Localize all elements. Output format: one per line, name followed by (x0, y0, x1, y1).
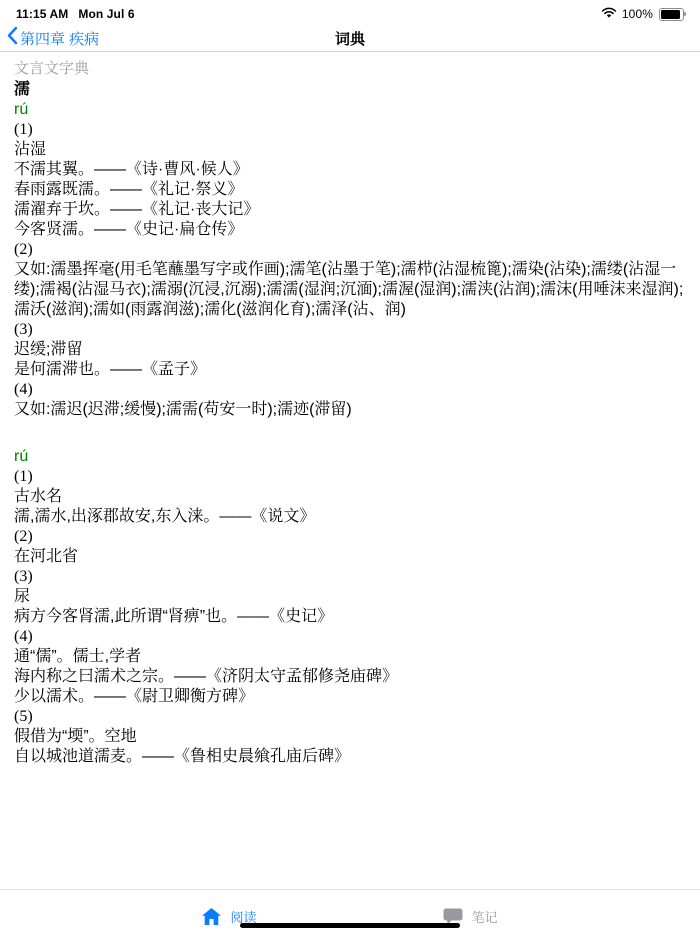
pinyin-label: rú (14, 447, 686, 467)
dict-section: rú(1)沾湿不濡其翼。——《诗·曹风·候人》春雨露既濡。——《礼记·祭义》濡濯… (14, 100, 686, 420)
dict-line: 又如:濡迟(迟滞;缓慢);濡需(苟安一时);濡迹(滞留) (14, 400, 686, 420)
dictionary-sections: rú(1)沾湿不濡其翼。——《诗·曹风·候人》春雨露既濡。——《礼记·祭义》濡濯… (14, 100, 686, 767)
sense-number: (2) (14, 240, 686, 260)
status-left: 11:15 AM Mon Jul 6 (16, 7, 135, 21)
back-label: 第四章 疾病 (20, 27, 99, 52)
dict-line: 尿 (14, 587, 686, 607)
battery-percent: 100% (622, 7, 653, 21)
wifi-icon (601, 7, 617, 22)
dict-line: 海内称之曰濡术之宗。——《济阴太守孟郁修尧庙碑》 (14, 667, 686, 687)
headword: 濡 (14, 80, 686, 100)
dict-line: 古水名 (14, 487, 686, 507)
chevron-left-icon (6, 26, 18, 53)
tab-notes[interactable]: 笔记 (443, 899, 498, 934)
tab-bar: 阅读 笔记 (0, 889, 700, 934)
dict-line: 在河北省 (14, 547, 686, 567)
dict-line: 少以濡术。——《尉卫卿衡方碑》 (14, 687, 686, 707)
dict-line: 假借为“堧”。空地 (14, 727, 686, 747)
nav-bar: 第四章 疾病 词典 (0, 26, 700, 52)
home-icon (202, 908, 221, 925)
pinyin-label: rú (14, 100, 686, 120)
dict-line: 沾湿 (14, 140, 686, 160)
home-indicator[interactable] (240, 923, 460, 928)
tab-notes-label: 笔记 (472, 907, 498, 926)
sense-number: (4) (14, 627, 686, 647)
status-right: 100% (601, 7, 684, 22)
status-time: 11:15 AM (16, 7, 68, 21)
dict-line: 濡濯弃于坎。——《礼记·丧大记》 (14, 200, 686, 220)
dict-line: 不濡其翼。——《诗·曹风·候人》 (14, 160, 686, 180)
dict-line: 通“儒”。儒士,学者 (14, 647, 686, 667)
dict-line: 又如:濡墨挥毫(用毛笔蘸墨写字或作画);濡笔(沾墨于笔);濡栉(沾湿梳篦);濡染… (14, 260, 686, 320)
sense-number: (1) (14, 120, 686, 140)
dictionary-source-label: 文言文字典 (14, 59, 686, 78)
sense-number: (3) (14, 567, 686, 587)
sense-number: (2) (14, 527, 686, 547)
tab-reading[interactable]: 阅读 (202, 899, 256, 934)
dict-line: 濡,濡水,出涿郡故安,东入涞。——《说文》 (14, 507, 686, 527)
sense-number: (5) (14, 707, 686, 727)
sense-number: (4) (14, 380, 686, 400)
battery-icon (659, 8, 684, 21)
sense-number: (1) (14, 467, 686, 487)
status-bar: 11:15 AM Mon Jul 6 100% (0, 0, 700, 26)
dictionary-screen: 11:15 AM Mon Jul 6 100% 第四章 疾病 (0, 0, 700, 767)
back-button[interactable]: 第四章 疾病 (6, 26, 99, 53)
dict-line: 春雨露既濡。——《礼记·祭义》 (14, 180, 686, 200)
dict-line: 是何濡滞也。——《孟子》 (14, 360, 686, 380)
status-date: Mon Jul 6 (78, 7, 134, 21)
dictionary-content: 文言文字典 濡 rú(1)沾湿不濡其翼。——《诗·曹风·候人》春雨露既濡。——《… (0, 52, 700, 767)
dict-line: 自以城池道濡麦。——《鲁相史晨飨孔庙后碑》 (14, 747, 686, 767)
sense-number: (3) (14, 320, 686, 340)
dict-line: 今客贤濡。——《史记·扁仓传》 (14, 220, 686, 240)
dict-section: rú(1)古水名濡,濡水,出涿郡故安,东入涞。——《说文》(2)在河北省(3)尿… (14, 447, 686, 767)
page-title: 词典 (335, 28, 365, 49)
dict-line: 迟缓;滞留 (14, 340, 686, 360)
dict-line: 病方今客肾濡,此所谓“肾痹”也。——《史记》 (14, 607, 686, 627)
